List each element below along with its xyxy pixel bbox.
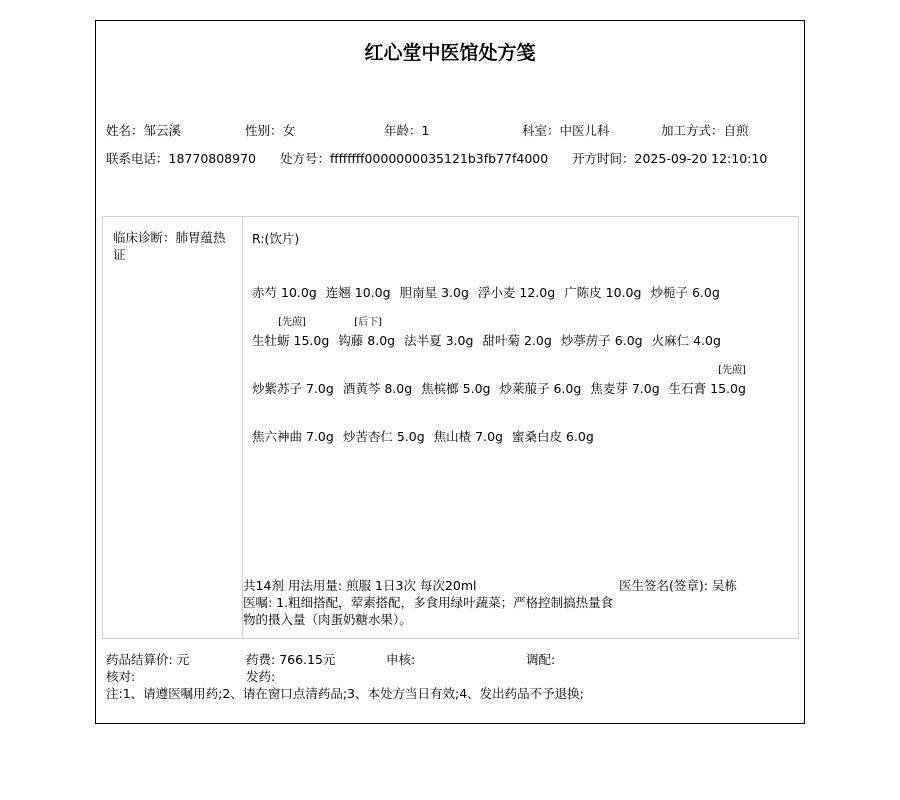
herb-item: 焦山楂 7.0g xyxy=(434,413,503,445)
prescription-sheet: 红心堂中医馆处方笺 姓名：邹云溪 性别：女 年龄：1 科室：中医儿科 加工方式：… xyxy=(95,20,805,724)
patient-name-label: 姓名： xyxy=(106,123,144,138)
footer-notes: 注:1、请遵医嘱用药;2、请在窗口点清药品;3、本处方当日有效;4、发出药品不予… xyxy=(106,685,796,702)
herb-item: 广陈皮 10.0g xyxy=(564,269,641,301)
herb-item: 甜叶菊 2.0g xyxy=(482,317,551,349)
herb-item: 火麻仁 4.0g xyxy=(652,317,721,349)
diagnosis-label: 临床诊断： xyxy=(113,230,176,245)
patient-name-value: 邹云溪 xyxy=(144,123,182,138)
department-label: 科室： xyxy=(522,123,560,138)
herb-item: [先煎]生牡蛎 15.0g xyxy=(252,317,329,349)
herb-item: 赤芍 10.0g xyxy=(252,269,317,301)
issue-field: 发药: xyxy=(246,668,275,685)
usage-dosage: 共14剂 用法用量: 煎服 1日3次 每次20ml xyxy=(243,577,615,594)
rx-header: R:(饮片) xyxy=(252,229,299,247)
rx-number-field: 处方号：ffffffff0000000035121b3fb77f4000 xyxy=(280,151,548,167)
doctor-advice: 医嘱: 1.粗细搭配，荤素搭配，多食用绿叶蔬菜；严格控制搞热量食物的摄入量（肉蛋… xyxy=(243,594,615,628)
phone-value: 18770808970 xyxy=(169,151,256,166)
herb-note: [先煎] xyxy=(278,317,306,329)
patient-gender-value: 女 xyxy=(283,123,296,138)
herb-row: 赤芍 10.0g连翘 10.0g胆南星 3.0g浮小麦 12.0g广陈皮 10.… xyxy=(252,269,729,305)
settle-price-field: 药品结算价: 元 xyxy=(106,651,189,668)
diagnosis-cell: 临床诊断：肺胃蕴热证 xyxy=(103,217,243,638)
rx-number-value: ffffffff0000000035121b3fb77f4000 xyxy=(330,151,548,166)
herb-item: [后下]钩藤 8.0g xyxy=(338,317,395,349)
herb-item: 炒莱菔子 6.0g xyxy=(499,365,581,397)
herb-row: 炒紫苏子 7.0g酒黄芩 8.0g焦槟榔 5.0g炒莱菔子 6.0g焦麦芽 7.… xyxy=(252,365,755,401)
check-field: 核对: xyxy=(106,668,135,685)
rx-number-label: 处方号： xyxy=(280,151,330,166)
footer-row-1: 药品结算价: 元 药费: 766.15元 申核: 调配: xyxy=(106,651,796,668)
footer: 药品结算价: 元 药费: 766.15元 申核: 调配: 核对: 发药: 注:1… xyxy=(106,651,796,702)
fee-field: 药费: 766.15元 xyxy=(246,651,335,668)
herb-row: [先煎]生牡蛎 15.0g[后下]钩藤 8.0g法半夏 3.0g甜叶菊 2.0g… xyxy=(252,317,730,353)
prescription-cell: R:(饮片) 赤芍 10.0g连翘 10.0g胆南星 3.0g浮小麦 12.0g… xyxy=(243,217,798,638)
doctor-name: 吴栋 xyxy=(712,578,737,593)
herb-item: 炒栀子 6.0g xyxy=(650,269,719,301)
doctor-signature-label: 医生签名(签章): xyxy=(619,578,708,593)
herb-item: 炒紫苏子 7.0g xyxy=(252,365,334,397)
herb-note: [后下] xyxy=(354,317,382,329)
patient-name-field: 姓名：邹云溪 xyxy=(106,123,181,139)
prescription-table: 临床诊断：肺胃蕴热证 R:(饮片) 赤芍 10.0g连翘 10.0g胆南星 3.… xyxy=(102,216,799,639)
herb-item: 炒葶苈子 6.0g xyxy=(561,317,643,349)
processing-value: 自煎 xyxy=(724,123,749,138)
department-value: 中医儿科 xyxy=(560,123,610,138)
herb-row: 焦六神曲 7.0g炒苦杏仁 5.0g焦山楂 7.0g蜜桑白皮 6.0g xyxy=(252,413,603,449)
review-field: 申核: xyxy=(386,651,415,668)
herb-item: 法半夏 3.0g xyxy=(404,317,473,349)
patient-gender-field: 性别：女 xyxy=(245,123,295,139)
usage-section: 共14剂 用法用量: 煎服 1日3次 每次20ml 医嘱: 1.粗细搭配，荤素搭… xyxy=(243,577,615,628)
herb-item: 焦六神曲 7.0g xyxy=(252,413,334,445)
footer-row-2: 核对: 发药: xyxy=(106,668,796,685)
diagnosis: 临床诊断：肺胃蕴热证 xyxy=(113,229,238,263)
department-field: 科室：中医儿科 xyxy=(522,123,610,139)
patient-age-value: 1 xyxy=(422,123,430,138)
herb-item: 酒黄芩 8.0g xyxy=(343,365,412,397)
rx-time-label: 开方时间： xyxy=(572,151,635,166)
patient-gender-label: 性别： xyxy=(245,123,283,138)
page-title: 红心堂中医馆处方笺 xyxy=(96,38,804,65)
herb-item: 蜜桑白皮 6.0g xyxy=(512,413,594,445)
patient-age-label: 年龄： xyxy=(384,123,422,138)
herb-item: 胆南星 3.0g xyxy=(400,269,469,301)
rx-time-value: 2025-09-20 12:10:10 xyxy=(635,151,768,166)
herb-note: [先煎] xyxy=(718,365,746,377)
herb-item: 连翘 10.0g xyxy=(326,269,391,301)
doctor-signature: 医生签名(签章): 吴栋 xyxy=(619,577,737,594)
herb-item: 浮小麦 12.0g xyxy=(478,269,555,301)
processing-field: 加工方式：自煎 xyxy=(661,123,749,139)
herb-item: 焦麦芽 7.0g xyxy=(590,365,659,397)
herb-item: 炒苦杏仁 5.0g xyxy=(343,413,425,445)
patient-age-field: 年龄：1 xyxy=(384,123,429,139)
rx-time-field: 开方时间：2025-09-20 12:10:10 xyxy=(572,151,767,167)
herb-item: [先煎]生石膏 15.0g xyxy=(669,365,746,397)
dispense-field: 调配: xyxy=(526,651,555,668)
herb-item: 焦槟榔 5.0g xyxy=(421,365,490,397)
phone-field: 联系电话：18770808970 xyxy=(106,151,256,167)
processing-label: 加工方式： xyxy=(661,123,724,138)
phone-label: 联系电话： xyxy=(106,151,169,166)
